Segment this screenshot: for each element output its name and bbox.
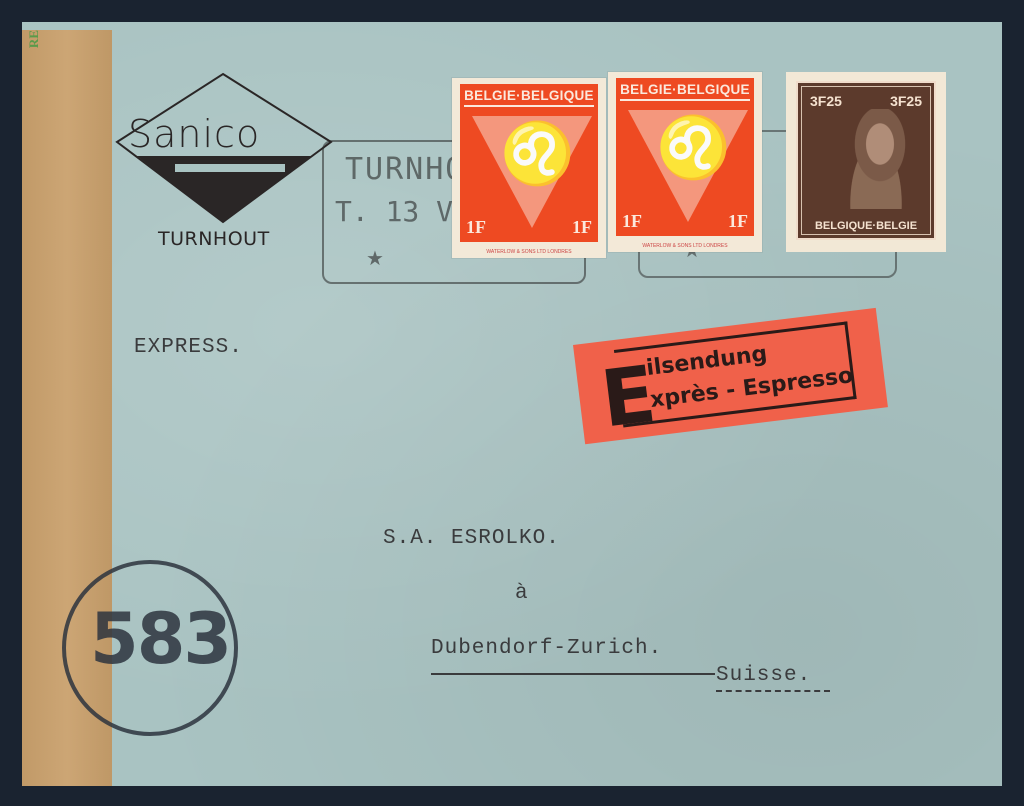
stamp-king: 3F25 3F25 BELGIQUE·BELGIE	[786, 72, 946, 252]
address-preposition: à	[515, 582, 529, 605]
country-underline	[716, 690, 830, 692]
logo-city: TURNHOUT	[158, 228, 270, 250]
stamp-lion-2: BELGIE·BELGIQUE ♌ 1F 1F WATERLOW & SONS …	[608, 72, 762, 252]
censor-number: 583	[90, 598, 230, 680]
stamp-country: BELGIQUE·BELGIE	[798, 220, 934, 232]
stamp-value: 1F	[572, 217, 592, 238]
stamp-lion-1: BELGIE·BELGIQUE ♌ 1F 1F WATERLOW & SONS …	[452, 78, 606, 258]
logo-brand: Sanico	[128, 112, 260, 156]
stamp-value: 3F25	[890, 93, 922, 109]
stamp-value: 1F	[466, 217, 486, 238]
stamp-country: BELGIE·BELGIQUE	[620, 82, 750, 101]
address-recipient: S.A. ESROLKO.	[383, 527, 560, 550]
stamp-imprint: WATERLOW & SONS LTD LONDRES	[608, 243, 762, 249]
address-country: Suisse.	[716, 664, 811, 687]
stamp-value: 3F25	[810, 93, 842, 109]
stamp-value: 1F	[728, 211, 748, 232]
address-city: Dubendorf-Zurich.	[431, 637, 662, 660]
king-portrait-icon	[836, 109, 916, 209]
censor-tape-text: RE	[26, 30, 42, 48]
service-note: EXPRESS.	[134, 336, 243, 359]
address-underline	[431, 673, 715, 675]
lion-icon: ♌	[500, 124, 575, 184]
lion-icon: ♌	[656, 118, 731, 178]
stamp-value: 1F	[622, 211, 642, 232]
star-icon: ★	[366, 246, 384, 271]
stamp-imprint: WATERLOW & SONS LTD LONDRES	[452, 249, 606, 255]
stamp-country: BELGIE·BELGIQUE	[464, 88, 594, 107]
